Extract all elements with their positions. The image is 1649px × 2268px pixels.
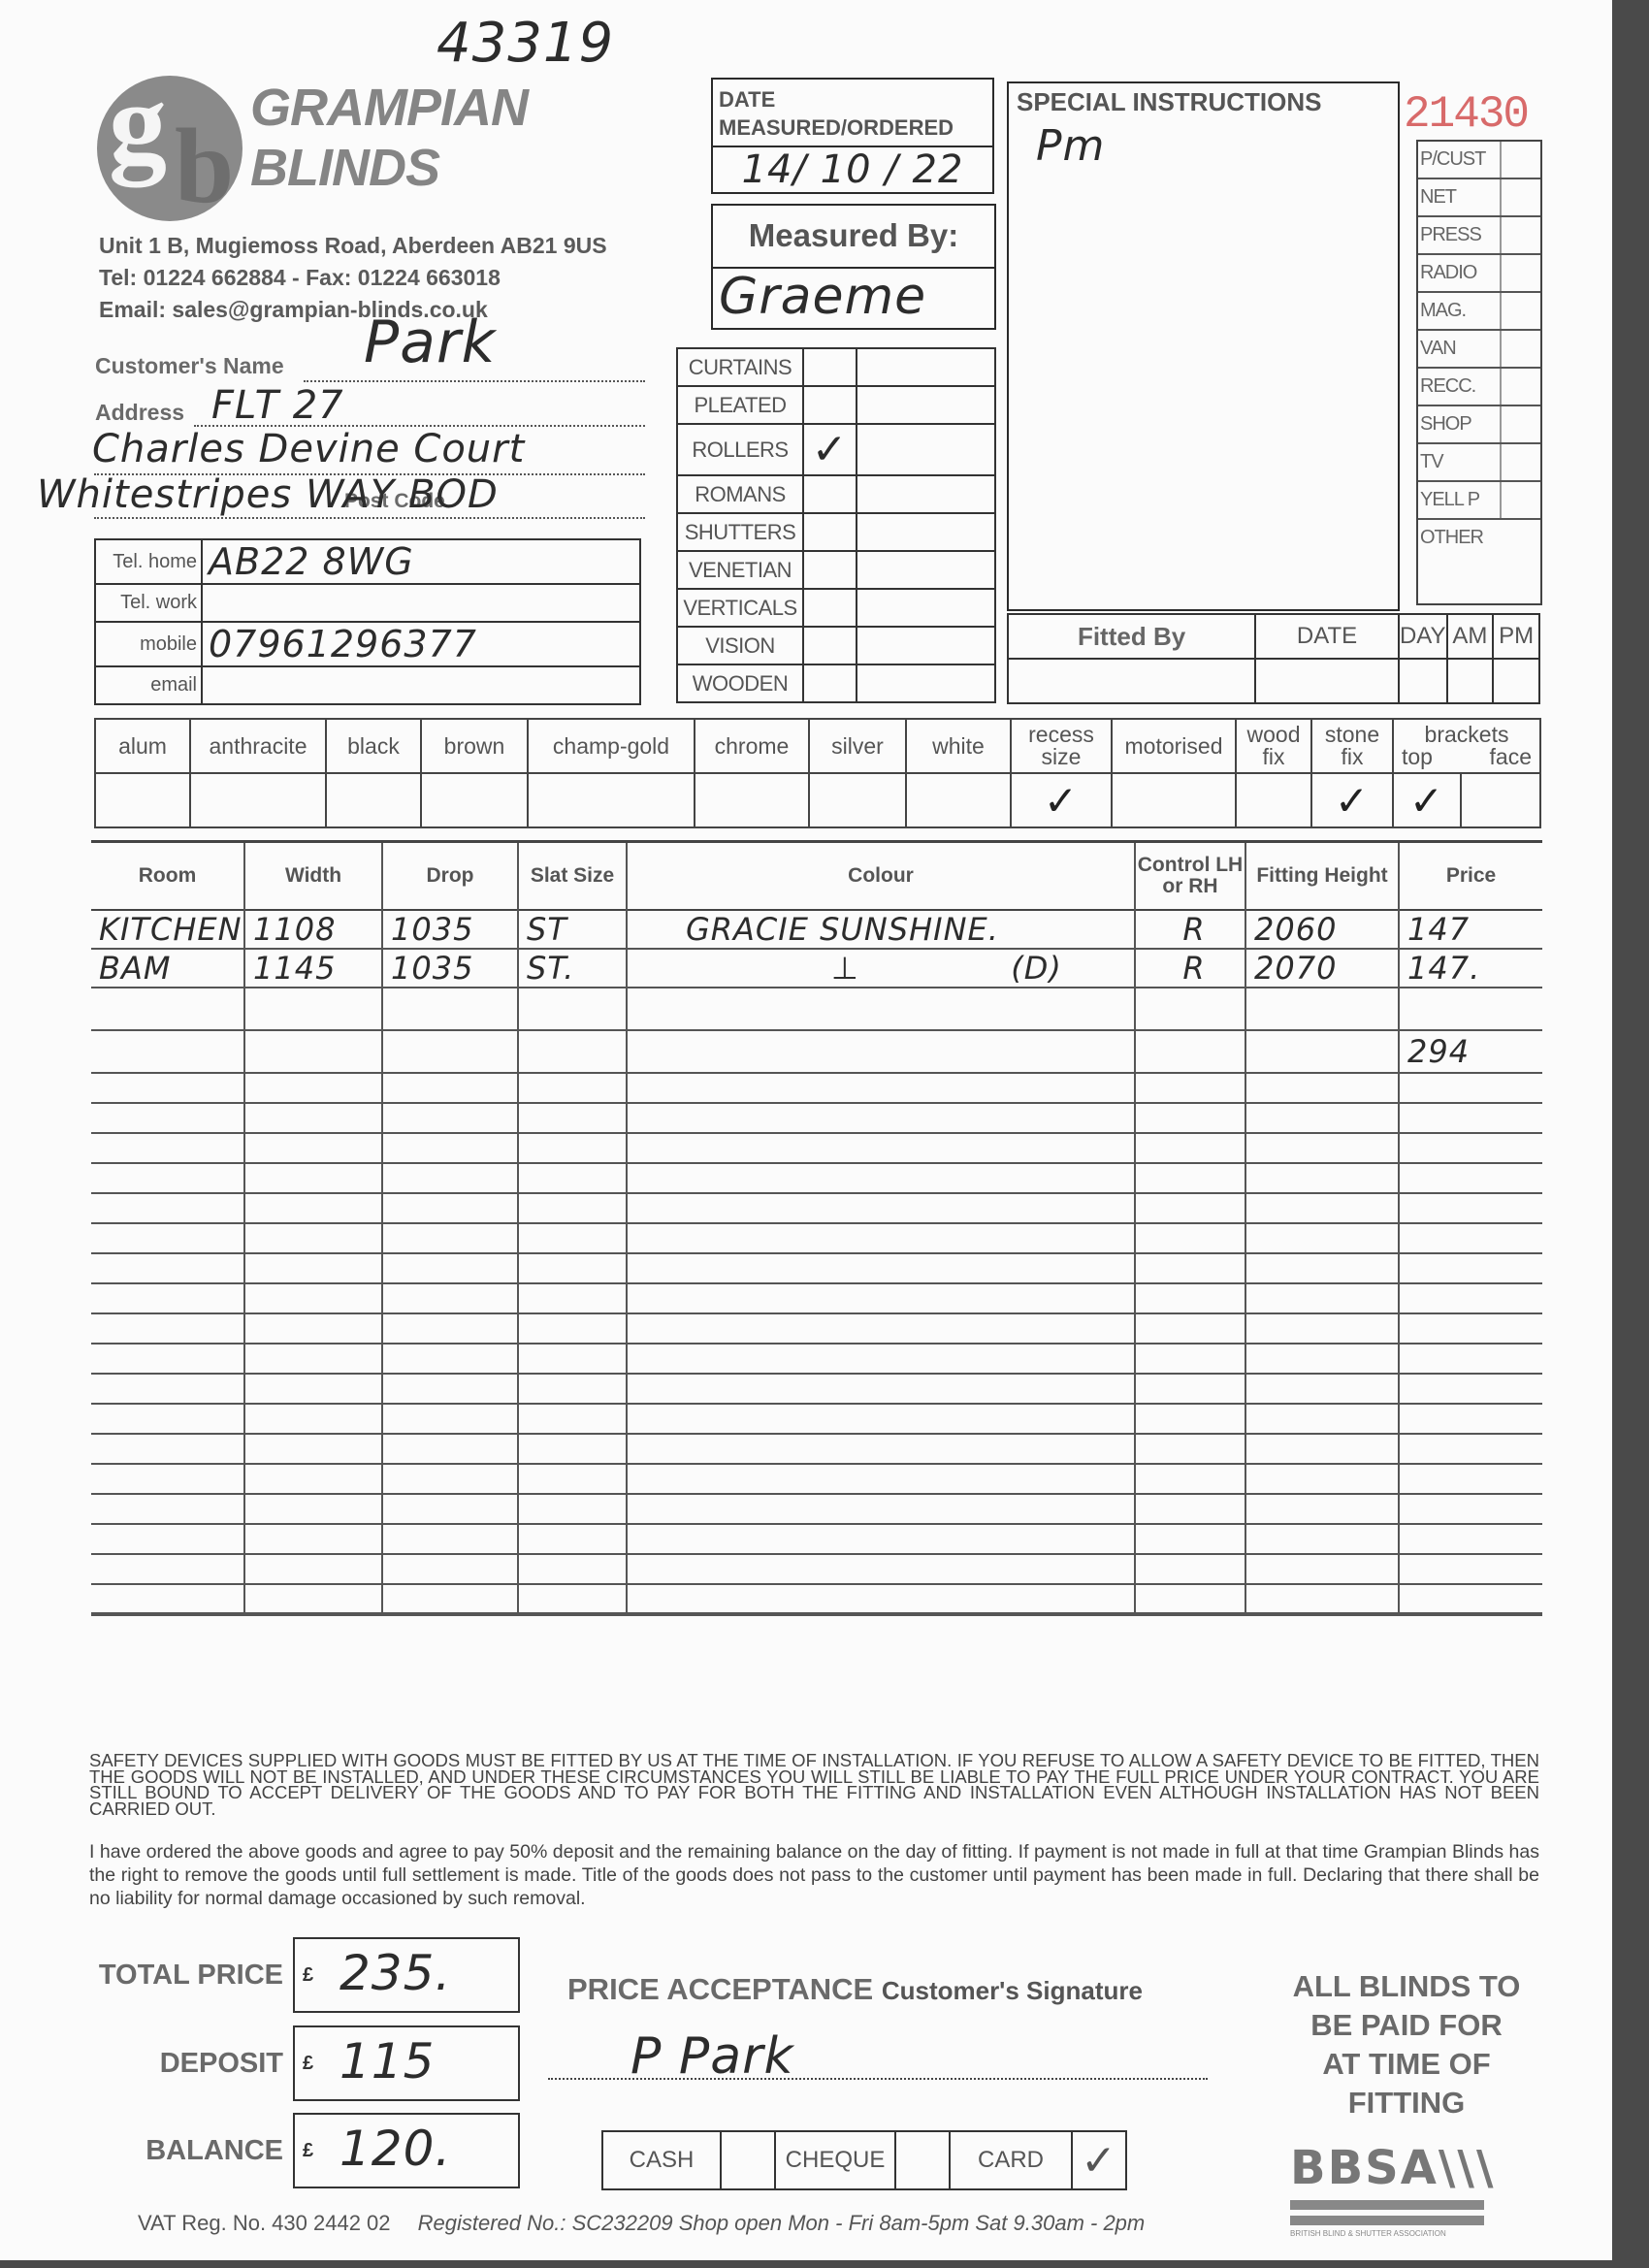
cell[interactable] xyxy=(244,1193,382,1223)
cell[interactable] xyxy=(91,1073,244,1103)
address-value-1[interactable]: FLT 27 xyxy=(211,383,344,428)
cell-room[interactable]: KITCHEN xyxy=(91,910,244,949)
cell[interactable] xyxy=(1399,1524,1542,1554)
source-checkbox[interactable] xyxy=(1502,331,1540,367)
cell[interactable] xyxy=(244,1344,382,1374)
cell[interactable] xyxy=(518,1404,627,1434)
product-checkbox[interactable] xyxy=(803,627,857,664)
cell[interactable] xyxy=(1245,1494,1399,1524)
product-row: SHUTTERS xyxy=(677,513,995,551)
cell[interactable] xyxy=(518,1554,627,1584)
brackets-face-checkbox[interactable] xyxy=(1461,773,1540,827)
cell[interactable] xyxy=(91,1404,244,1434)
cell[interactable] xyxy=(244,1374,382,1404)
cell[interactable] xyxy=(1399,1374,1542,1404)
black-checkbox[interactable] xyxy=(326,773,421,827)
cell[interactable] xyxy=(518,1374,627,1404)
source-label: VAN xyxy=(1418,331,1502,367)
cell[interactable] xyxy=(244,1494,382,1524)
cell-slat[interactable]: ST xyxy=(518,910,627,949)
cell-width[interactable]: 1108 xyxy=(244,910,382,949)
cell[interactable] xyxy=(518,1524,627,1554)
cell[interactable] xyxy=(1399,1554,1542,1584)
cell[interactable] xyxy=(627,1584,1135,1614)
cell[interactable] xyxy=(1399,1163,1542,1193)
address-value-3[interactable]: Whitestripes WAY BOD xyxy=(37,472,499,517)
fitted-day-label: DAY xyxy=(1399,614,1447,659)
cell[interactable] xyxy=(627,1374,1135,1404)
option-label: black xyxy=(326,719,421,773)
cell[interactable] xyxy=(1135,1103,1245,1133)
brackets-top-checkbox[interactable]: ✓ xyxy=(1393,773,1461,827)
cell[interactable] xyxy=(1399,1404,1542,1434)
anthracite-checkbox[interactable] xyxy=(190,773,326,827)
cell[interactable] xyxy=(244,1464,382,1494)
cell[interactable] xyxy=(91,1434,244,1464)
cell[interactable] xyxy=(627,1163,1135,1193)
mobile-field[interactable]: 07961296377 xyxy=(202,622,640,666)
cell[interactable] xyxy=(1135,1494,1245,1524)
cell-control[interactable]: R xyxy=(1135,949,1245,988)
option-label: brown xyxy=(421,719,528,773)
cell[interactable] xyxy=(1135,1253,1245,1283)
cell[interactable] xyxy=(1135,1283,1245,1313)
cell-width[interactable]: 1145 xyxy=(244,949,382,988)
option-label: alum xyxy=(95,719,190,773)
balance-value[interactable]: 120. xyxy=(339,2121,451,2177)
cell[interactable] xyxy=(1135,1524,1245,1554)
date-measured-value[interactable]: 14/ 10 / 22 xyxy=(713,147,992,192)
form-number: 21430 xyxy=(1404,89,1528,140)
source-row[interactable]: MAG. xyxy=(1418,293,1540,331)
cell[interactable] xyxy=(1245,1103,1399,1133)
product-checkbox-checked[interactable]: ✓ xyxy=(803,424,857,475)
cell[interactable] xyxy=(627,1434,1135,1464)
product-row: VISION xyxy=(677,627,995,664)
logo-letter-g: g xyxy=(109,56,167,190)
cell[interactable] xyxy=(91,1494,244,1524)
table-row xyxy=(91,1163,1542,1193)
cell[interactable] xyxy=(627,1073,1135,1103)
cell-room[interactable] xyxy=(91,988,244,1030)
cell-price[interactable]: 147 xyxy=(1399,910,1542,949)
cell[interactable] xyxy=(1245,1434,1399,1464)
cell[interactable] xyxy=(627,1313,1135,1344)
product-checkbox[interactable] xyxy=(803,386,857,424)
source-row[interactable]: PRESS xyxy=(1418,217,1540,255)
cell[interactable] xyxy=(1399,1434,1542,1464)
cell[interactable] xyxy=(244,1554,382,1584)
cell-drop[interactable] xyxy=(382,1030,518,1073)
cell[interactable] xyxy=(627,1464,1135,1494)
date-measured-box: DATE MEASURED/ORDERED 14/ 10 / 22 xyxy=(711,78,994,194)
fitted-day-field[interactable] xyxy=(1399,659,1447,703)
cell[interactable] xyxy=(1135,1073,1245,1103)
cell[interactable] xyxy=(382,1464,518,1494)
payment-cash-checkbox[interactable] xyxy=(721,2131,775,2189)
cell[interactable] xyxy=(382,1193,518,1223)
product-checkbox[interactable] xyxy=(803,475,857,513)
cell[interactable] xyxy=(1135,1223,1245,1253)
cell[interactable] xyxy=(627,1404,1135,1434)
cell[interactable] xyxy=(1245,1193,1399,1223)
cell[interactable] xyxy=(1135,1163,1245,1193)
cell[interactable] xyxy=(244,1524,382,1554)
cell[interactable] xyxy=(1399,1283,1542,1313)
cell[interactable] xyxy=(1245,1464,1399,1494)
cell[interactable] xyxy=(1399,1253,1542,1283)
source-checkbox[interactable] xyxy=(1502,142,1540,178)
table-row xyxy=(91,1133,1542,1163)
source-row[interactable]: P/CUST xyxy=(1418,142,1540,179)
champ-gold-checkbox[interactable] xyxy=(528,773,695,827)
cell[interactable] xyxy=(518,1494,627,1524)
cell[interactable] xyxy=(1245,1554,1399,1584)
cell[interactable] xyxy=(627,1103,1135,1133)
signature-line xyxy=(548,2078,1208,2080)
cell-colour[interactable] xyxy=(627,988,1135,1030)
table-row xyxy=(91,1223,1542,1253)
tel-home-field[interactable]: AB22 8WG xyxy=(202,539,640,584)
product-checkbox[interactable] xyxy=(803,664,857,702)
fitted-pm-label: PM xyxy=(1493,614,1539,659)
product-checkbox[interactable] xyxy=(803,348,857,386)
cell[interactable] xyxy=(91,1374,244,1404)
table-row xyxy=(91,1374,1542,1404)
product-notes[interactable] xyxy=(857,513,995,551)
cell[interactable] xyxy=(1245,1404,1399,1434)
wood-fix-checkbox[interactable] xyxy=(1236,773,1311,827)
cell[interactable] xyxy=(91,1133,244,1163)
source-checkbox[interactable] xyxy=(1502,255,1540,291)
cell[interactable] xyxy=(518,1223,627,1253)
cell-height[interactable] xyxy=(1245,988,1399,1030)
fitted-date-field[interactable] xyxy=(1255,659,1399,703)
cell[interactable] xyxy=(1245,1313,1399,1344)
cell[interactable] xyxy=(627,1524,1135,1554)
customer-name-label: Customer's Name xyxy=(95,353,284,379)
source-checkbox[interactable] xyxy=(1502,406,1540,442)
cell[interactable] xyxy=(1135,1193,1245,1223)
source-checkbox[interactable] xyxy=(1502,482,1540,518)
source-row[interactable]: NET xyxy=(1418,179,1540,217)
cell[interactable] xyxy=(518,1073,627,1103)
currency-symbol: £ xyxy=(303,2053,313,2075)
product-checkbox[interactable] xyxy=(803,551,857,589)
cell[interactable] xyxy=(1399,1464,1542,1494)
cell[interactable] xyxy=(382,1374,518,1404)
date-label-line2: MEASURED/ORDERED xyxy=(719,113,986,142)
cell[interactable] xyxy=(244,1163,382,1193)
product-notes[interactable] xyxy=(857,551,995,589)
cell[interactable] xyxy=(518,1253,627,1283)
measured-by-box: Measured By: Graeme xyxy=(711,204,996,330)
source-row[interactable]: TV xyxy=(1418,444,1540,482)
product-notes[interactable] xyxy=(857,627,995,664)
table-row xyxy=(91,1524,1542,1554)
source-row[interactable]: YELL P xyxy=(1418,482,1540,520)
email-field[interactable] xyxy=(202,666,640,704)
cell[interactable] xyxy=(1399,1223,1542,1253)
source-label: YELL P xyxy=(1418,482,1502,518)
cell[interactable] xyxy=(91,1584,244,1614)
cell[interactable] xyxy=(382,1253,518,1283)
cell-slat[interactable] xyxy=(518,988,627,1030)
cell[interactable] xyxy=(244,1404,382,1434)
cell[interactable] xyxy=(518,1163,627,1193)
address-value-2[interactable]: Charles Devine Court xyxy=(92,427,525,471)
cell[interactable] xyxy=(91,1344,244,1374)
product-row: PLEATED xyxy=(677,386,995,424)
cell[interactable] xyxy=(382,1344,518,1374)
fitted-date-label: DATE xyxy=(1255,614,1399,659)
cell[interactable] xyxy=(627,1344,1135,1374)
cell[interactable] xyxy=(382,1434,518,1464)
cell[interactable] xyxy=(1245,1283,1399,1313)
total-price-box[interactable]: £ 235. xyxy=(293,1937,520,2013)
stone-fix-checkbox[interactable]: ✓ xyxy=(1311,773,1393,827)
source-checkbox[interactable] xyxy=(1502,293,1540,329)
product-checkbox[interactable] xyxy=(803,513,857,551)
cell[interactable] xyxy=(91,1193,244,1223)
product-notes[interactable] xyxy=(857,348,995,386)
cell[interactable] xyxy=(1399,1584,1542,1614)
deposit-value[interactable]: 115 xyxy=(339,2033,435,2090)
source-label: NET xyxy=(1418,179,1502,215)
cell-control[interactable] xyxy=(1135,1030,1245,1073)
notice-line: BE PAID FOR xyxy=(1251,2006,1562,2045)
source-row[interactable]: RADIO xyxy=(1418,255,1540,293)
cell[interactable] xyxy=(627,1494,1135,1524)
fitted-am-field[interactable] xyxy=(1447,659,1494,703)
silver-checkbox[interactable] xyxy=(809,773,906,827)
cell-price-subtotal[interactable]: 294 xyxy=(1399,1030,1542,1073)
cell[interactable] xyxy=(1399,1313,1542,1344)
fitted-by-field[interactable] xyxy=(1008,659,1255,703)
customer-name-line xyxy=(304,380,645,382)
cell-colour[interactable]: GRACIE SUNSHINE. xyxy=(627,910,1135,949)
cell[interactable] xyxy=(1245,1374,1399,1404)
cell[interactable] xyxy=(382,1313,518,1344)
cell[interactable] xyxy=(91,1253,244,1283)
cell[interactable] xyxy=(627,1283,1135,1313)
cell[interactable] xyxy=(91,1163,244,1193)
cell[interactable] xyxy=(518,1193,627,1223)
cell[interactable] xyxy=(382,1163,518,1193)
cell[interactable] xyxy=(1245,1253,1399,1283)
cell-drop[interactable]: 1035 xyxy=(382,910,518,949)
cell[interactable] xyxy=(1135,1344,1245,1374)
product-notes[interactable] xyxy=(857,424,995,475)
source-checkbox[interactable] xyxy=(1502,369,1540,405)
cell-slat[interactable] xyxy=(518,1030,627,1073)
cell[interactable] xyxy=(244,1073,382,1103)
cell[interactable] xyxy=(382,1223,518,1253)
cell-colour[interactable]: ⊥ (D) xyxy=(627,949,1135,988)
cell[interactable] xyxy=(244,1584,382,1614)
product-notes[interactable] xyxy=(857,475,995,513)
bbsa-tagline: BRITISH BLIND & SHUTTER ASSOCIATION xyxy=(1290,2229,1446,2238)
product-notes[interactable] xyxy=(857,589,995,627)
cell[interactable] xyxy=(1135,1434,1245,1464)
fitted-by-table: Fitted By DATE DAY AM PM xyxy=(1007,613,1540,704)
cell-slat[interactable]: ST. xyxy=(518,949,627,988)
cell[interactable] xyxy=(1135,1584,1245,1614)
cell[interactable] xyxy=(1245,1223,1399,1253)
cell-room[interactable] xyxy=(91,1030,244,1073)
recess-size-checkbox[interactable]: ✓ xyxy=(1011,773,1112,827)
cell[interactable] xyxy=(91,1103,244,1133)
product-type-table: CURTAINS PLEATED ROLLERS✓ ROMANS SHUTTER… xyxy=(676,347,996,703)
cell-height[interactable] xyxy=(1245,1030,1399,1073)
balance-box[interactable]: £ 120. xyxy=(293,2113,520,2188)
cell[interactable] xyxy=(382,1103,518,1133)
fitted-pm-field[interactable] xyxy=(1493,659,1539,703)
product-label: WOODEN xyxy=(677,664,803,702)
col-slat-size: Slat Size xyxy=(518,842,627,910)
cell-price[interactable] xyxy=(1399,988,1542,1030)
source-row-other[interactable]: OTHER xyxy=(1418,520,1540,603)
cell[interactable] xyxy=(1135,1554,1245,1584)
cell[interactable] xyxy=(91,1524,244,1554)
total-price-value[interactable]: 235. xyxy=(339,1945,451,2001)
cell[interactable] xyxy=(1245,1584,1399,1614)
source-label: PRESS xyxy=(1418,217,1502,253)
cell[interactable] xyxy=(1399,1193,1542,1223)
table-row xyxy=(91,988,1542,1030)
cell[interactable] xyxy=(91,1223,244,1253)
source-row[interactable]: SHOP xyxy=(1418,406,1540,444)
alum-checkbox[interactable] xyxy=(95,773,190,827)
cell[interactable] xyxy=(1245,1073,1399,1103)
cell[interactable] xyxy=(518,1464,627,1494)
cell[interactable] xyxy=(1135,1464,1245,1494)
cell[interactable] xyxy=(518,1584,627,1614)
cell[interactable] xyxy=(91,1464,244,1494)
cell[interactable] xyxy=(627,1253,1135,1283)
cell[interactable] xyxy=(627,1193,1135,1223)
cell[interactable] xyxy=(1399,1073,1542,1103)
cell[interactable] xyxy=(1245,1524,1399,1554)
payment-cheque-checkbox[interactable] xyxy=(895,2131,950,2189)
cell[interactable] xyxy=(1245,1344,1399,1374)
cell-width[interactable] xyxy=(244,988,382,1030)
source-checkbox[interactable] xyxy=(1502,217,1540,253)
special-instructions-box[interactable]: SPECIAL INSTRUCTIONS Pm xyxy=(1007,81,1400,611)
cell[interactable] xyxy=(1135,1374,1245,1404)
cell[interactable] xyxy=(518,1434,627,1464)
cell-height[interactable]: 2070 xyxy=(1245,949,1399,988)
cell[interactable] xyxy=(1399,1494,1542,1524)
fitted-am-label: AM xyxy=(1447,614,1494,659)
cell[interactable] xyxy=(244,1253,382,1283)
chrome-checkbox[interactable] xyxy=(695,773,809,827)
customer-signature[interactable]: P Park xyxy=(630,2027,794,2086)
cell[interactable] xyxy=(382,1283,518,1313)
cell[interactable] xyxy=(244,1103,382,1133)
cell[interactable] xyxy=(244,1283,382,1313)
cell-room[interactable]: BAM xyxy=(91,949,244,988)
payment-card-checkbox[interactable]: ✓ xyxy=(1072,2131,1126,2189)
cell[interactable] xyxy=(382,1404,518,1434)
product-checkbox[interactable] xyxy=(803,589,857,627)
cell-price[interactable]: 147. xyxy=(1399,949,1542,988)
cell[interactable] xyxy=(1135,1313,1245,1344)
product-notes[interactable] xyxy=(857,664,995,702)
product-label: SHUTTERS xyxy=(677,513,803,551)
source-label: TV xyxy=(1418,444,1502,480)
tel-work-field[interactable] xyxy=(202,584,640,622)
measured-by-value[interactable]: Graeme xyxy=(713,269,994,325)
option-label: anthracite xyxy=(190,719,326,773)
cell[interactable] xyxy=(1135,1404,1245,1434)
cell[interactable] xyxy=(382,1524,518,1554)
motorised-checkbox[interactable] xyxy=(1112,773,1236,827)
brown-checkbox[interactable] xyxy=(421,773,528,827)
cell[interactable] xyxy=(1399,1344,1542,1374)
cell[interactable] xyxy=(518,1103,627,1133)
options-value-row: ✓ ✓ ✓ xyxy=(95,773,1540,827)
product-notes[interactable] xyxy=(857,386,995,424)
cell[interactable] xyxy=(518,1313,627,1344)
source-checkbox[interactable] xyxy=(1502,179,1540,215)
cell[interactable] xyxy=(91,1313,244,1344)
cell[interactable] xyxy=(1245,1163,1399,1193)
cell[interactable] xyxy=(382,1494,518,1524)
cell[interactable] xyxy=(518,1283,627,1313)
cell[interactable] xyxy=(382,1133,518,1163)
brackets-face-label: face xyxy=(1490,746,1532,768)
cell[interactable] xyxy=(518,1133,627,1163)
special-instructions-value[interactable]: Pm xyxy=(1009,121,1398,171)
cell[interactable] xyxy=(1399,1133,1542,1163)
source-row[interactable]: RECC. xyxy=(1418,369,1540,406)
cell[interactable] xyxy=(1399,1103,1542,1133)
cell[interactable] xyxy=(244,1313,382,1344)
cell[interactable] xyxy=(244,1133,382,1163)
cell-drop[interactable] xyxy=(382,988,518,1030)
cell[interactable] xyxy=(518,1344,627,1374)
deposit-box[interactable]: £ 115 xyxy=(293,2025,520,2101)
cell-width[interactable] xyxy=(244,1030,382,1073)
source-checkbox[interactable] xyxy=(1502,444,1540,480)
cell[interactable] xyxy=(382,1073,518,1103)
cell[interactable] xyxy=(627,1133,1135,1163)
cell[interactable] xyxy=(244,1223,382,1253)
source-row[interactable]: VAN xyxy=(1418,331,1540,369)
cell-control[interactable] xyxy=(1135,988,1245,1030)
company-name-line1: GRAMPIAN xyxy=(250,78,528,138)
cell[interactable] xyxy=(627,1223,1135,1253)
col-room: Room xyxy=(91,842,244,910)
cell[interactable] xyxy=(91,1283,244,1313)
cell[interactable] xyxy=(91,1554,244,1584)
white-checkbox[interactable] xyxy=(906,773,1011,827)
cell[interactable] xyxy=(1245,1133,1399,1163)
cell-control[interactable]: R xyxy=(1135,910,1245,949)
cell[interactable] xyxy=(244,1434,382,1464)
cell-height[interactable]: 2060 xyxy=(1245,910,1399,949)
customer-name-value[interactable]: Park xyxy=(364,308,496,376)
date-label-line1: DATE xyxy=(719,85,986,113)
cell[interactable] xyxy=(627,1554,1135,1584)
cell-drop[interactable]: 1035 xyxy=(382,949,518,988)
cell-colour[interactable] xyxy=(627,1030,1135,1073)
cell[interactable] xyxy=(382,1584,518,1614)
cell[interactable] xyxy=(1135,1133,1245,1163)
product-row: ROMANS xyxy=(677,475,995,513)
cell[interactable] xyxy=(382,1554,518,1584)
